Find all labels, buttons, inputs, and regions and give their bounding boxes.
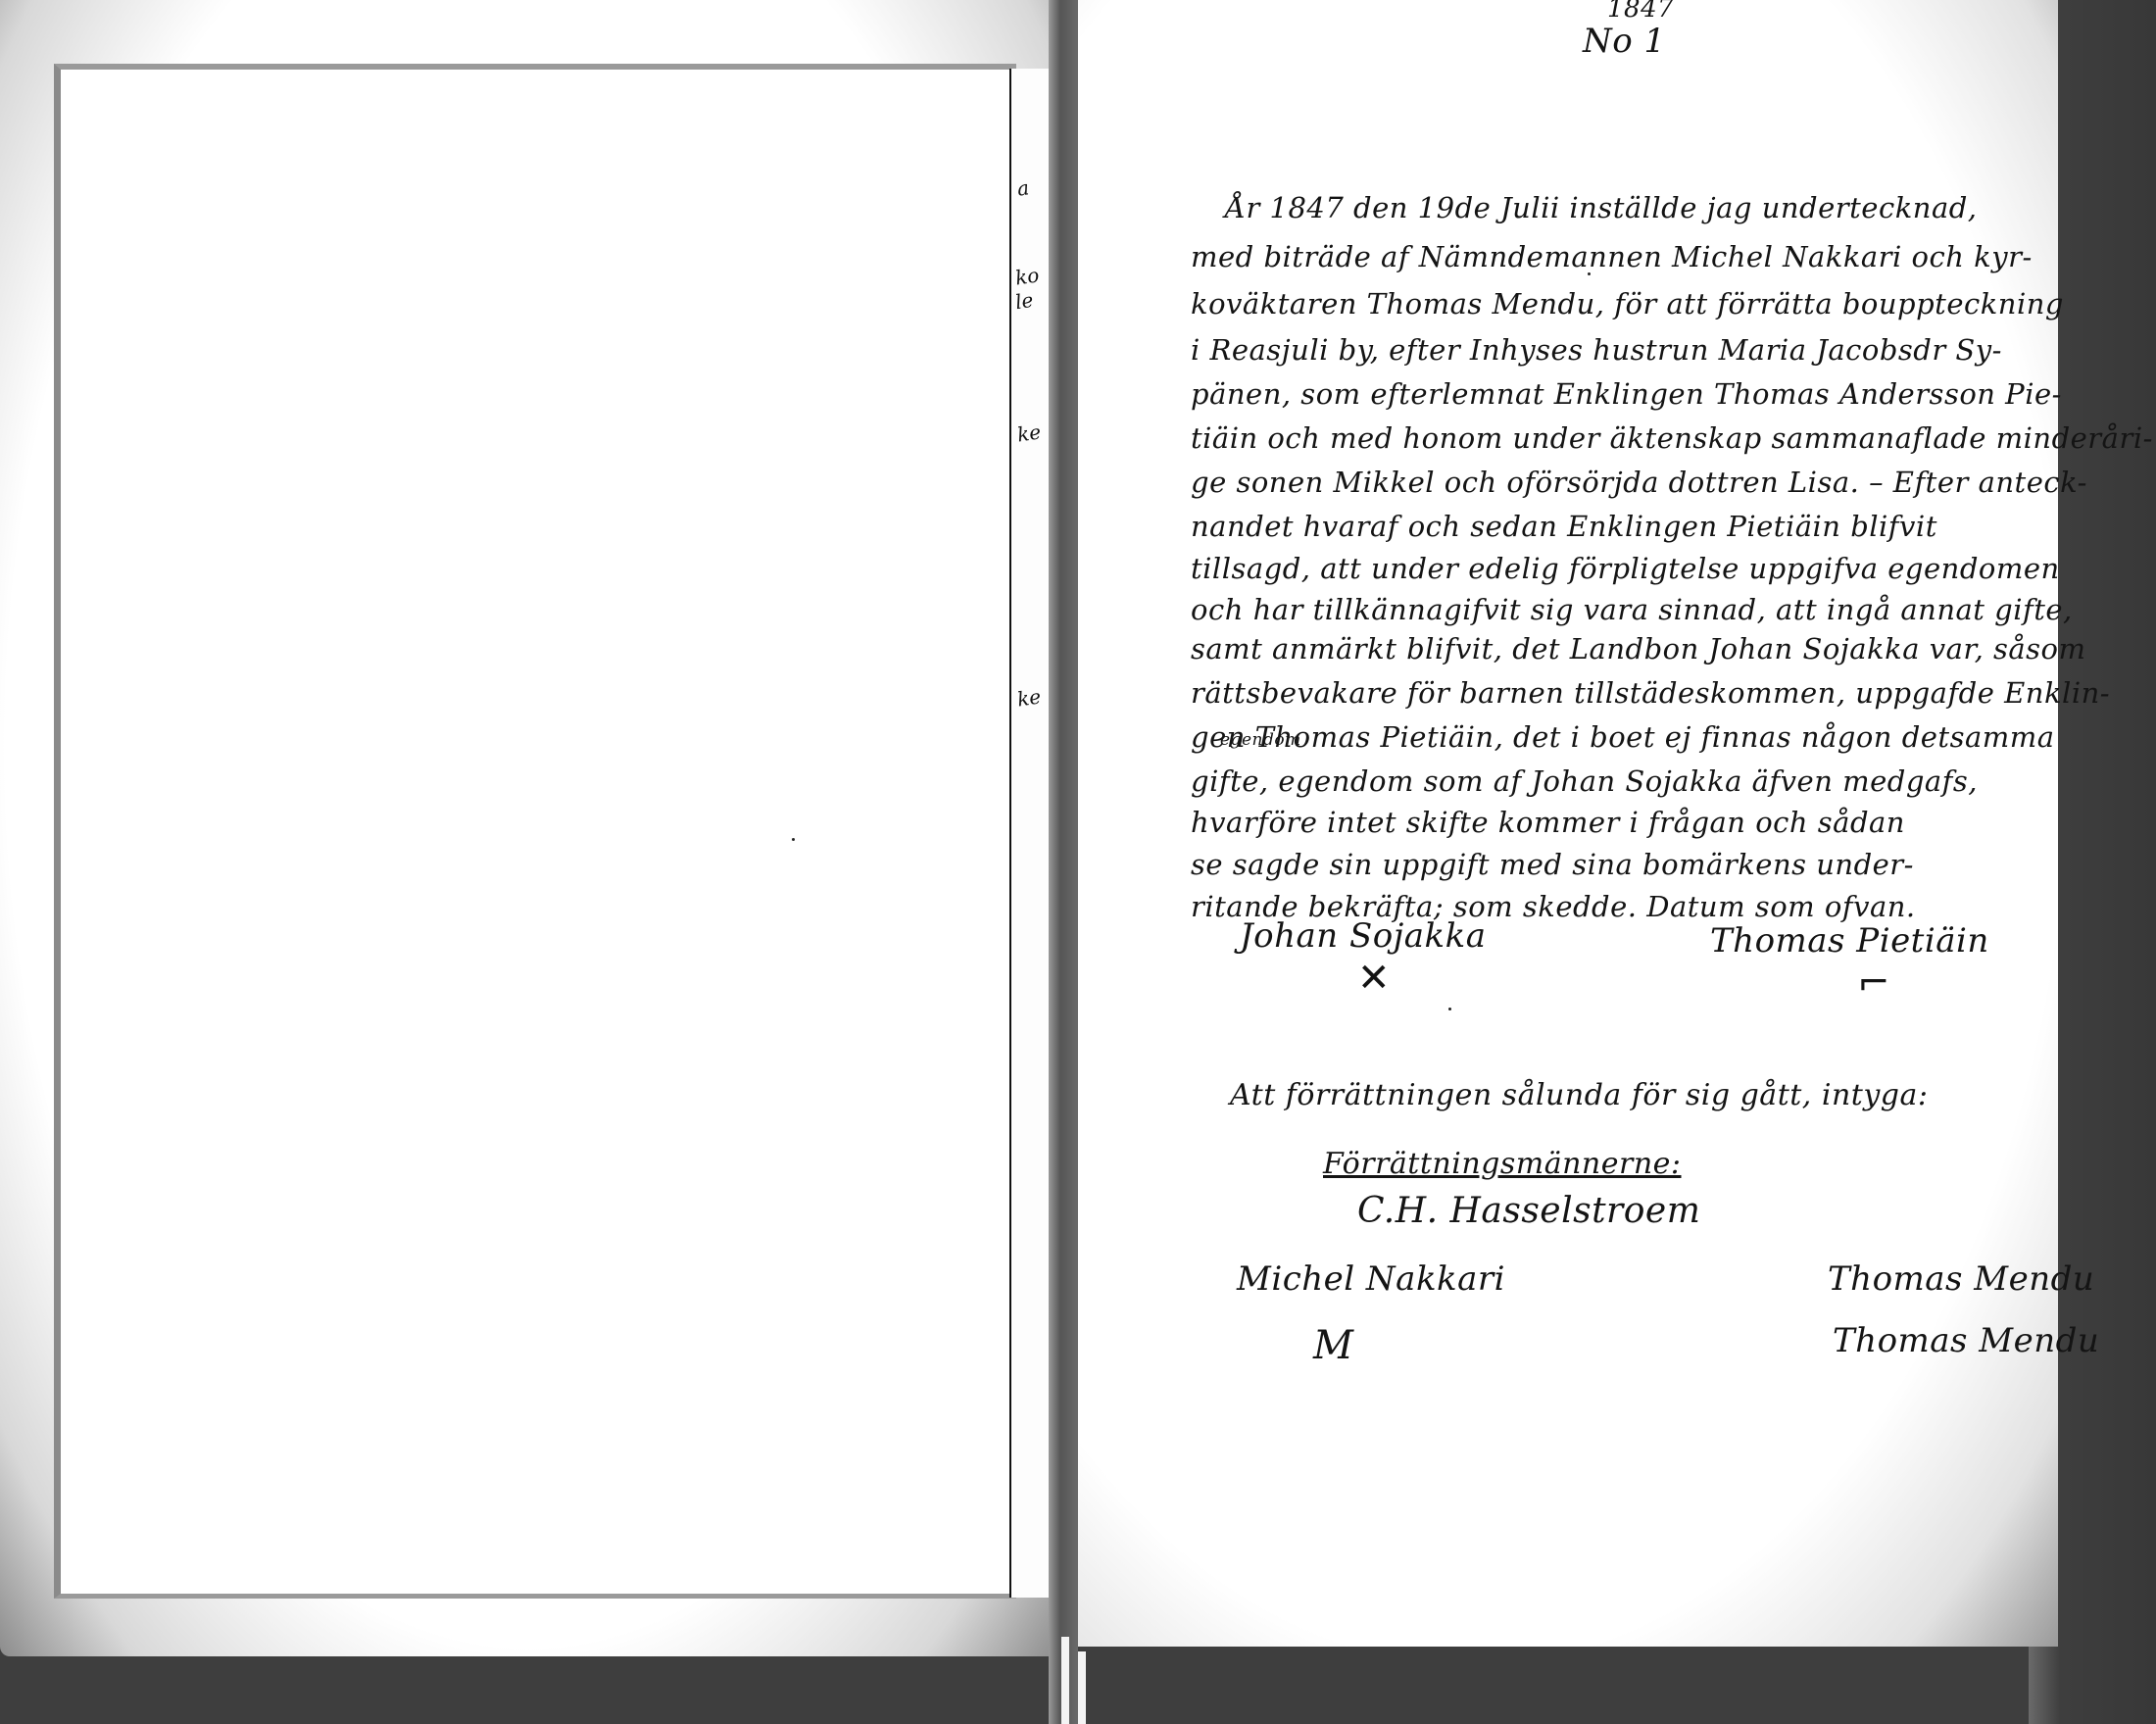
- body-line: rättsbevakare för barnen tillstädeskomme…: [1191, 676, 2110, 710]
- interlinear-insertion: egendom: [1220, 730, 1301, 750]
- left-page: [0, 0, 1058, 1656]
- signature-thomas-mendu: Thomas Mendu: [1833, 1321, 2099, 1360]
- paper-speck: [1448, 1008, 1451, 1010]
- house-mark-m-icon: M: [1313, 1323, 1353, 1368]
- body-line: gifte, egendom som af Johan Sojakka äfve…: [1191, 764, 1978, 798]
- left-page-fold-margin: a ko le ke ke: [1009, 69, 1051, 1598]
- signature-thomas-mendu: Thomas Mendu: [1828, 1259, 2094, 1299]
- attestation-title: Förrättningsmännerne:: [1323, 1147, 1682, 1181]
- attestation-line: Att förrättningen sålunda för sig gått, …: [1230, 1078, 1929, 1112]
- body-line: i Reasjuli by, efter Inhyses hustrun Mar…: [1191, 333, 2002, 367]
- paper-speck: [792, 838, 795, 841]
- body-line: gen Thomas Pietiäin, det i boet ej finna…: [1191, 720, 2055, 754]
- margin-fragment: ko: [1013, 263, 1040, 289]
- body-line: nandet hvaraf och sedan Enklingen Pietiä…: [1191, 510, 1937, 543]
- gutter-light-strip: [1078, 1651, 1086, 1724]
- body-line: och har tillkännagifvit sig vara sinnad,…: [1191, 593, 2073, 626]
- margin-fragment: ke: [1015, 684, 1042, 711]
- body-line: hvarföre intet skifte kommer i frågan oc…: [1191, 806, 1905, 839]
- body-line: pänen, som efterlemnat Enklingen Thomas …: [1191, 377, 2062, 411]
- page-year: 1847: [1607, 0, 1674, 24]
- scanned-document-spread: a ko le ke ke 1847 No 1 År 1847 den 19de…: [0, 0, 2156, 1724]
- left-page-blank-sheet: [54, 64, 1016, 1599]
- margin-fragment: ke: [1015, 419, 1042, 446]
- officiant-signature: C.H. Hasselstroem: [1357, 1191, 1700, 1231]
- body-line: År 1847 den 19de Julii inställde jag und…: [1225, 191, 1978, 224]
- cross-mark-icon: ✕: [1357, 956, 1391, 1001]
- body-line: med biträde af Nämndemannen Michel Nakka…: [1191, 240, 2033, 273]
- body-line: koväktaren Thomas Mendu, för att förrätt…: [1191, 287, 2064, 320]
- book-spine-gutter: [1049, 0, 1078, 1724]
- body-line: se sagde sin uppgift med sina bomärkens …: [1191, 848, 1914, 881]
- signature-michel-nakkari: Michel Nakkari: [1237, 1259, 1505, 1299]
- body-line: samt anmärkt blifvit, det Landbon Johan …: [1191, 632, 2086, 665]
- paper-speck: [1588, 272, 1591, 275]
- signature-thomas-pietiain: Thomas Pietiäin: [1710, 921, 1989, 961]
- gutter-light-strip: [1061, 1637, 1069, 1724]
- body-line: tillsagd, att under edelig förpligtelse …: [1191, 552, 2060, 585]
- house-mark-icon: ⌐: [1857, 961, 1890, 1006]
- body-line: tiäin och med honom under äktenskap samm…: [1191, 421, 2153, 455]
- margin-fragment: le: [1013, 288, 1034, 314]
- margin-fragment: a: [1015, 175, 1030, 200]
- signature-johan-sojakka: Johan Sojakka: [1240, 916, 1487, 956]
- page-number: No 1: [1583, 22, 1666, 61]
- body-line: ge sonen Mikkel och oförsörjda dottren L…: [1191, 466, 2087, 499]
